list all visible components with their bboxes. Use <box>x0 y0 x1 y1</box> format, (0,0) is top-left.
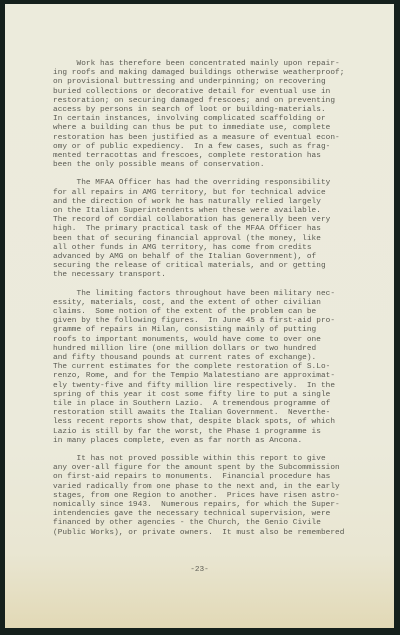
text-line: gramme of repairs in Milan, consisting m… <box>53 326 373 335</box>
text-line: restoration has been justified as a meas… <box>53 134 373 143</box>
text-line: Work has therefore been concentrated mai… <box>53 60 373 69</box>
paragraph-gap <box>53 281 373 290</box>
text-line: financed by other agencies - the Church,… <box>53 519 373 528</box>
text-line: intendencies gave the necessary technica… <box>53 510 373 519</box>
page-number: -23- <box>5 566 394 574</box>
text-line: on provisional buttressing and underpinn… <box>53 78 373 87</box>
text-line: where a building can thus be put to imme… <box>53 124 373 133</box>
text-line: restoration still awaits the Italian Gov… <box>53 409 373 418</box>
text-line: and the direction of work he has natural… <box>53 198 373 207</box>
paragraph: The limiting factors throughout have bee… <box>53 290 373 446</box>
text-line: restoration; on securing damaged frescoe… <box>53 97 373 106</box>
text-line: It has not proved possible within this r… <box>53 455 373 464</box>
text-line: ely twenty-five and fifty million lire r… <box>53 382 373 391</box>
text-line: ing roofs and making damaged buildings o… <box>53 69 373 78</box>
text-line: varied radically from one phase to the n… <box>53 483 373 492</box>
paragraph: It has not proved possible within this r… <box>53 455 373 538</box>
text-line: tile in place in Southern Lazio. A treme… <box>53 400 373 409</box>
text-line: omy or of public expediency. In a few ca… <box>53 143 373 152</box>
text-line: given by the following figures. In June … <box>53 317 373 326</box>
text-line: the necessary transport. <box>53 271 373 280</box>
text-line: advanced by AMG on behalf of the Italian… <box>53 253 373 262</box>
text-line: buried collections or decorative detail … <box>53 88 373 97</box>
text-line: The record of cordial collaboration has … <box>53 216 373 225</box>
paragraph-gap <box>53 170 373 179</box>
text-line: stages, from one Region to another. Pric… <box>53 492 373 501</box>
text-line: The limiting factors throughout have bee… <box>53 290 373 299</box>
text-line: access by persons in search of loot or b… <box>53 106 373 115</box>
text-line: essity, materials, cost, and the extent … <box>53 299 373 308</box>
text-line: been that of securing financial approval… <box>53 235 373 244</box>
body-text: Work has therefore been concentrated mai… <box>53 60 373 538</box>
text-line: and fifty thousand pounds at current rat… <box>53 354 373 363</box>
text-line: securing the release of critical materia… <box>53 262 373 271</box>
text-line: any over-all figure for the amount spent… <box>53 464 373 473</box>
text-line: nomically since 1943. Numerous repairs, … <box>53 501 373 510</box>
text-line: for all repairs in AMG territory, but fo… <box>53 189 373 198</box>
text-line: mented terracottas and frescoes, complet… <box>53 152 373 161</box>
text-line: Lazio is still by far the worst, the Pha… <box>53 428 373 437</box>
text-line: renzo, Rome, and for the Tempio Malatest… <box>53 372 373 381</box>
text-line: (Public Works), or private owners. It mu… <box>53 529 373 538</box>
text-line: in many places complete, even as far nor… <box>53 437 373 446</box>
text-line: all other funds in AMG territory, has co… <box>53 244 373 253</box>
text-line: on the Italian Superintendents when thes… <box>53 207 373 216</box>
text-line: on first-aid repairs to monuments. Finan… <box>53 473 373 482</box>
text-line: The current estimates for the complete r… <box>53 363 373 372</box>
text-line: been the only possible means of conserva… <box>53 161 373 170</box>
text-line: In certain instances, involving complica… <box>53 115 373 124</box>
text-line: roofs to important monuments, would have… <box>53 336 373 345</box>
text-line: high. The primary practical task of the … <box>53 225 373 234</box>
paragraph: Work has therefore been concentrated mai… <box>53 60 373 170</box>
paragraph-gap <box>53 446 373 455</box>
document-page: Work has therefore been concentrated mai… <box>5 4 394 628</box>
paragraph: The MFAA Officer has had the overriding … <box>53 179 373 280</box>
text-line: The MFAA Officer has had the overriding … <box>53 179 373 188</box>
text-line: claims. Some notion of the extent of the… <box>53 308 373 317</box>
text-line: less recent reports show that, despite b… <box>53 418 373 427</box>
text-line: hundred million lire (one million dollar… <box>53 345 373 354</box>
text-line: spring of this year it cost some fifty l… <box>53 391 373 400</box>
